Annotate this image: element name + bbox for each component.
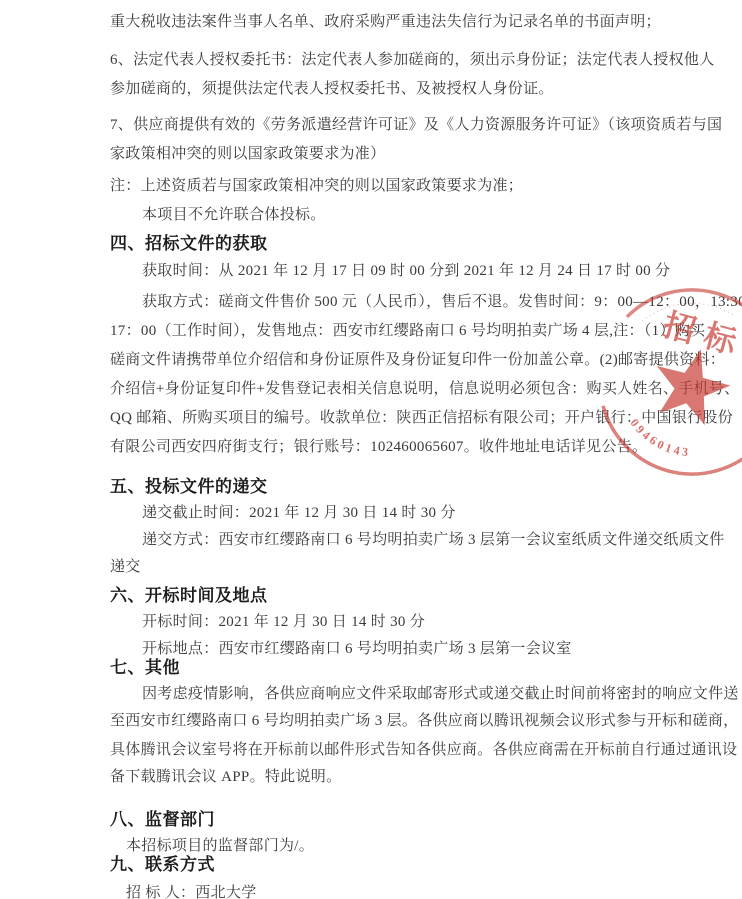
section-6-line: 开标时间：2021 年 12 月 30 日 14 时 30 分 [110,609,692,636]
note-line: 注：上述资质若与国家政策相冲突的则以国家政策要求为准； [110,172,692,201]
document-page: { "doc": { "intro": { "continuation": "重… [0,0,742,899]
clause-7-line-1: 7、供应商提供有效的《劳务派遣经营许可证》及《人力资源服务许可证》（该项资质若与… [110,111,692,140]
section-7-line: 备下载腾讯会议 APP。特此说明。 [110,764,692,791]
intro-continuation-line: 重大税收违法案件当事人名单、政府采购严重违法失信行为记录名单的书面声明； [110,8,692,37]
section-7-line: 具体腾讯会议室号将在开标前以邮件形式告知各供应商。各供应商需在开标前自行通过通讯… [110,737,692,764]
clause-6-line-2: 参加磋商的，须提供法定代表人授权委托书、及被授权人身份证。 [110,75,692,104]
section-9-heading: 九、联系方式 [110,852,692,878]
tender-notice-body: 重大税收违法案件当事人名单、政府采购严重违法失信行为记录名单的书面声明； 6、法… [110,0,692,899]
section-6-heading: 六、开标时间及地点 [110,583,692,609]
section-5-line: 递交 [110,554,692,581]
section-4-line: 17：00（工作时间），发售地点：西安市红缨路南口 6 号均明拍卖广场 4 层,… [110,317,692,346]
section-8-heading: 八、监督部门 [110,807,692,833]
section-9-line: 招 标 人：西北大学 [110,880,692,899]
section-4-heading: 四、招标文件的获取 [110,231,692,257]
section-4-line: 磋商文件请携带单位介绍信和身份证原件及身份证复印件一份加盖公章。(2)邮寄提供资… [110,346,692,375]
section-5-line: 递交方式：西安市红缨路南口 6 号均明拍卖广场 3 层第一会议室纸质文件递交纸质… [110,527,692,554]
section-4-line: 有限公司西安四府街支行；银行账号：102460065607。收件地址电话详见公告… [110,433,692,462]
section-5-line: 递交截止时间：2021 年 12 月 30 日 14 时 30 分 [110,500,692,527]
section-4-line: 介绍信+身份证复印件+发售登记表相关信息说明，信息说明必须包含：购买人姓名、手机… [110,375,692,404]
section-5-heading: 五、投标文件的递交 [110,474,692,500]
no-consortium-line: 本项目不允许联合体投标。 [110,201,692,230]
section-4-line: 获取方式：磋商文件售价 500 元（人民币），售后不退。发售时间：9：00—12… [110,288,692,317]
section-4-line: QQ 邮箱、所购买项目的编号。收款单位：陕西正信招标有限公司；开户银行：中国银行… [110,404,692,433]
section-7-line: 因考虑疫情影响，各供应商响应文件采取邮寄形式或递交截止时间前将密封的响应文件送 [110,681,692,708]
clause-6-line-1: 6、法定代表人授权委托书：法定代表人参加磋商的，须出示身份证；法定代表人授权他人 [110,46,692,75]
clause-7-line-2: 家政策相冲突的则以国家政策要求为准） [110,140,692,169]
section-4-line: 获取时间：从 2021 年 12 月 17 日 09 时 00 分到 2021 … [110,257,692,286]
section-7-line: 至西安市红缨路南口 6 号均明拍卖广场 3 层。各供应商以腾讯视频会议形式参与开… [110,708,692,735]
